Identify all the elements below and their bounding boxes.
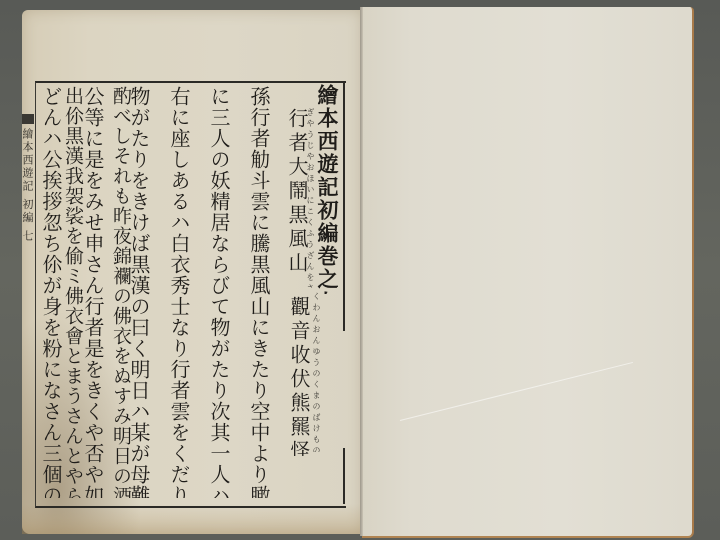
hashira-running-title: 繪本西遊記 初編 七 <box>22 128 35 418</box>
text-column-1: 孫行者觔斗雲に騰黒風山にきたり空中より瞰ば石崖の下 <box>246 86 272 498</box>
text-column-8: どんハ公挨拶忽ち伱が身を粉になさん三個の妖精是をきいて大に <box>38 86 64 498</box>
volume-title: 繪本西遊記初編巻之七 <box>314 84 340 294</box>
chapter-heading-2-ruby: くわんおんゆうのくまのばけものをとりおさむ <box>311 292 322 452</box>
right-page-blank <box>362 7 694 538</box>
text-column-2: に三人の妖精居ならびて物がたり次其一人ハ件の黒漢左の一人ハ道人 <box>206 86 232 498</box>
chapter-heading-2: 觀音收伏熊羆怪 <box>286 296 312 456</box>
chapter-heading-1-ruby: ぎやうじやおほいにこくふうざんをさはがす <box>305 108 316 288</box>
text-column-3: 右に座しあるハ白衣秀士なり行者雲をくだりて崖のほとりにかくれてその <box>166 86 192 498</box>
hashira-mark <box>22 114 34 124</box>
frame-right-border-lower <box>343 448 345 504</box>
page-edge-stain <box>22 504 362 534</box>
text-column-5: 酌べしそれも昨夜錦襴の佛衣をぬすみ明日の酒宴を佛衣會と名 <box>108 86 134 498</box>
frame-right-border <box>343 81 345 331</box>
book-gutter <box>360 7 363 536</box>
